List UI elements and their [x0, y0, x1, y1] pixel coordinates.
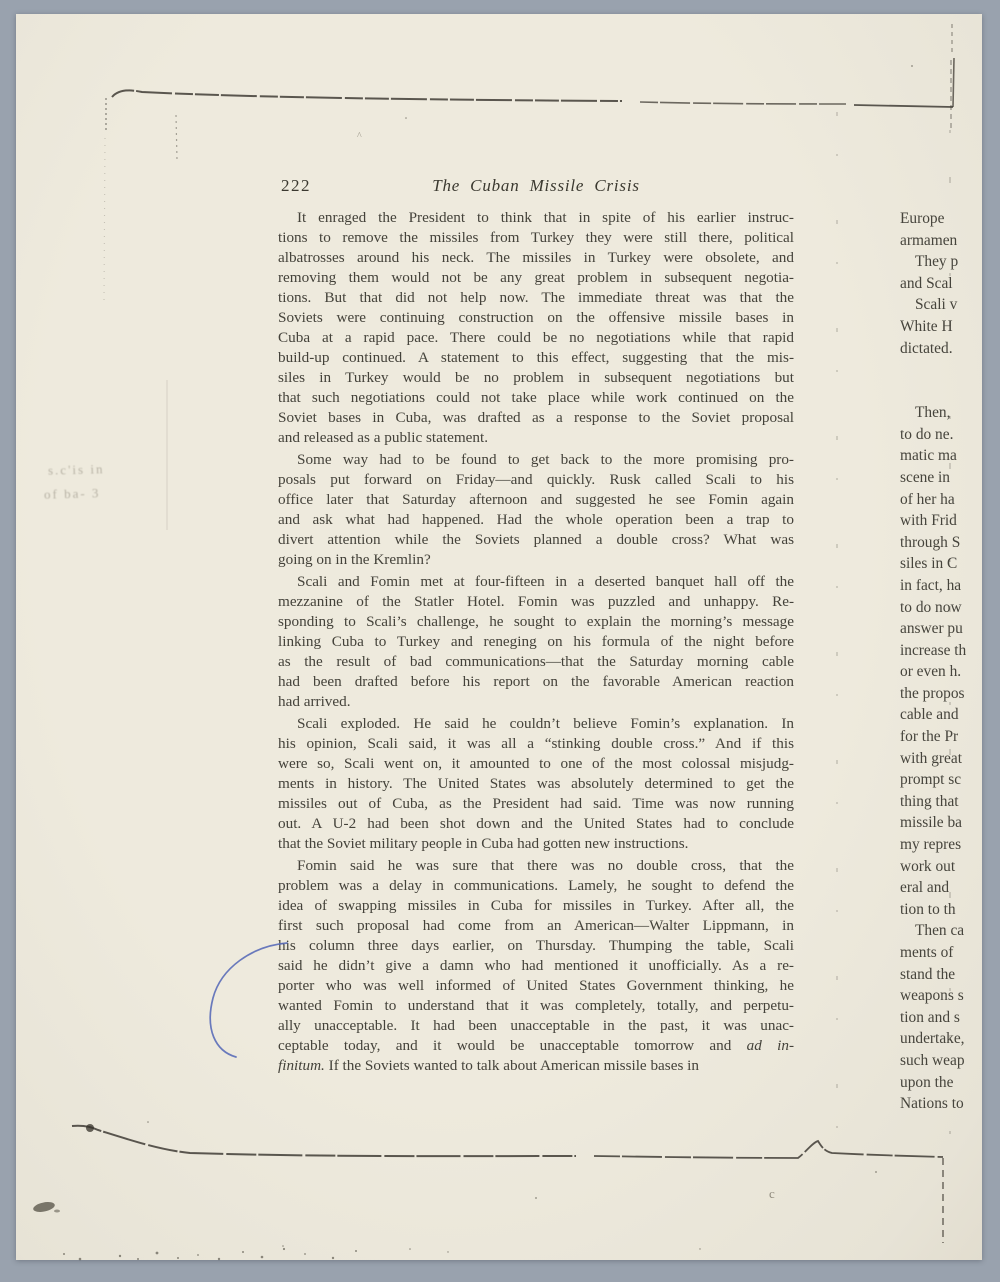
text-line: porter who was well informed of United S… [278, 976, 794, 996]
text-line: posals put forward on Friday—and quickly… [278, 470, 794, 490]
facing-page-line: scene in [900, 467, 978, 489]
stray-mark: c [769, 1186, 775, 1202]
body-text: It enraged the President to think that i… [278, 208, 794, 1078]
text-line: and ask what had happened. Had the whole… [278, 510, 794, 530]
facing-page-line: to do now [900, 597, 978, 619]
ghost-text: s.c'is in [48, 461, 105, 478]
facing-page-line: or even h. [900, 661, 978, 683]
text-line: out. A U-2 had been shot down and the Un… [278, 814, 794, 834]
facing-page-line: missile ba [900, 812, 978, 834]
text-line: removing them would not be any great pro… [278, 268, 794, 288]
paragraph: Scali and Fomin met at four-fifteen in a… [278, 572, 794, 712]
facing-page-line: my repres [900, 834, 978, 856]
facing-page-line: for the Pr [900, 726, 978, 748]
text-line: tions. But that did not help now. The im… [278, 288, 794, 308]
text-line: mezzanine of the Statler Hotel. Fomin wa… [278, 592, 794, 612]
facing-page-line: Europe [900, 208, 978, 230]
text-line: that the Soviet military people in Cuba … [278, 834, 794, 854]
text-line: Cuba at a rapid pace. There could be no … [278, 328, 794, 348]
facing-page-line: increase th [900, 640, 978, 662]
facing-page-line: tion and s [900, 1007, 978, 1029]
text-line: that such negotiations could not take pl… [278, 388, 794, 408]
text-line: Soviet bases in Cuba, was drafted as a r… [278, 408, 794, 428]
facing-page-line: prompt sc [900, 769, 978, 791]
text-line: Scali and Fomin met at four-fifteen in a… [278, 572, 794, 592]
text-line: finitum. If the Soviets wanted to talk a… [278, 1056, 794, 1076]
facing-page-line: in fact, ha [900, 575, 978, 597]
text-line: Fomin said he was sure that there was no… [278, 856, 794, 876]
facing-page-line: eral and [900, 877, 978, 899]
text-line: divert attention while the Soviets plann… [278, 530, 794, 550]
facing-page-line: cable and [900, 704, 978, 726]
facing-page-column: EuropearmamenThey pand ScalScali vWhite … [900, 208, 978, 1108]
facing-page-line: of her ha [900, 489, 978, 511]
text-line: and released as a public statement. [278, 428, 794, 448]
text-line: his opinion, Scali said, it was all a “s… [278, 734, 794, 754]
running-title: The Cuban Missile Crisis [278, 176, 794, 196]
facing-page-line: Scali v [900, 294, 978, 316]
text-line: going on in the Kremlin? [278, 550, 794, 570]
facing-page-line: to do ne. [900, 424, 978, 446]
scanned-book-page: 222 The Cuban Missile Crisis It enraged … [16, 14, 982, 1260]
text-line: missiles out of Cuba, as the President h… [278, 794, 794, 814]
text-line: Some way had to be found to get back to … [278, 450, 794, 470]
text-line: problem was a delay in communications. L… [278, 876, 794, 896]
paragraph: Fomin said he was sure that there was no… [278, 856, 794, 1076]
facing-page-line: such weap [900, 1050, 978, 1072]
facing-page-line: tion to th [900, 899, 978, 921]
facing-page-line: Then, [900, 402, 978, 424]
text-line: idea of swapping missiles in Cuba for mi… [278, 896, 794, 916]
text-line: It enraged the President to think that i… [278, 208, 794, 228]
facing-page-line: siles in C [900, 553, 978, 575]
stray-mark: ^ [357, 131, 362, 142]
facing-page-line: undertake, [900, 1028, 978, 1050]
ghost-text: of ba- 3 [44, 485, 101, 502]
facing-page-line: with great [900, 748, 978, 770]
paragraph: Scali exploded. He said he couldn’t beli… [278, 714, 794, 854]
facing-page-line: Nations to [900, 1093, 978, 1108]
facing-page-line: with Frid [900, 510, 978, 532]
text-line: ments in history. The United States was … [278, 774, 794, 794]
facing-page-line: answer pu [900, 618, 978, 640]
paragraph: Some way had to be found to get back to … [278, 450, 794, 570]
paragraph: It enraged the President to think that i… [278, 208, 794, 448]
facing-page-line: work out [900, 856, 978, 878]
text-line: had arrived. [278, 692, 794, 712]
text-line: siles in Turkey would be no problem in s… [278, 368, 794, 388]
text-line: build-up continued. A statement to this … [278, 348, 794, 368]
text-line: linking Cuba to Turkey and reneging on h… [278, 632, 794, 652]
facing-page-line: Then ca [900, 920, 978, 942]
text-line: Scali exploded. He said he couldn’t beli… [278, 714, 794, 734]
text-line: ally unacceptable. It had been unaccepta… [278, 1016, 794, 1036]
text-line: wanted Fomin to understand that it was c… [278, 996, 794, 1016]
page-header: 222 The Cuban Missile Crisis [278, 176, 794, 202]
text-line: said he didn’t give a damn who had menti… [278, 956, 794, 976]
facing-page-line: They p [900, 251, 978, 273]
facing-page-line: armamen [900, 230, 978, 252]
facing-page-line: stand the [900, 964, 978, 986]
facing-page-line: matic ma [900, 445, 978, 467]
text-line: Soviets were continuing construction on … [278, 308, 794, 328]
text-line: were so, Scali went on, it amounted to o… [278, 754, 794, 774]
facing-page-line: ments of [900, 942, 978, 964]
facing-page-line: weapons s [900, 985, 978, 1007]
text-line: tions to remove the missiles from Turkey… [278, 228, 794, 248]
facing-page-line: White H [900, 316, 978, 338]
facing-page-line: upon the [900, 1072, 978, 1094]
facing-page-line: the propos [900, 683, 978, 705]
facing-page-line: through S [900, 532, 978, 554]
text-line: office later that Saturday afternoon and… [278, 490, 794, 510]
facing-page-line: thing that [900, 791, 978, 813]
text-line: albatrosses around his neck. The missile… [278, 248, 794, 268]
text-line: first such proposal had come from an Ame… [278, 916, 794, 936]
text-line: had been drafted before his report on th… [278, 672, 794, 692]
facing-page-line: dictated. [900, 338, 978, 360]
text-line: ceptable today, and it would be unaccept… [278, 1036, 794, 1056]
text-line: his column three days earlier, on Thursd… [278, 936, 794, 956]
text-line: as the result of bad communications—that… [278, 652, 794, 672]
text-line: sponding to Scali’s challenge, he sought… [278, 612, 794, 632]
facing-page-line: and Scal [900, 273, 978, 295]
